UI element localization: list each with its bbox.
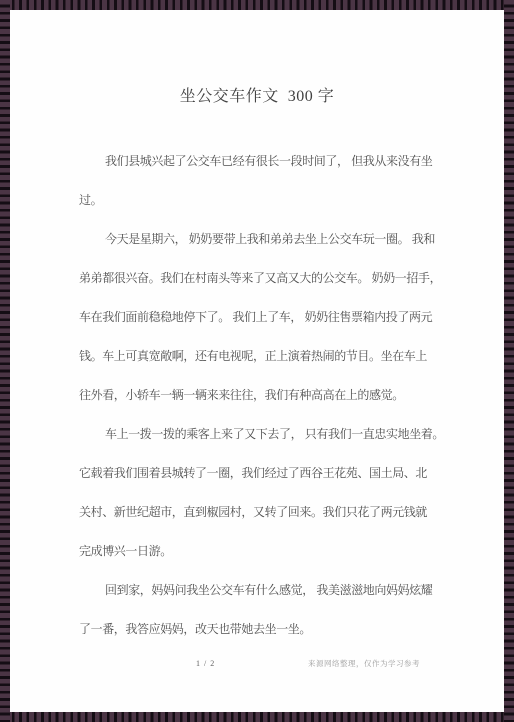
text-line: 车在我们面前稳稳地停下了。 我们上了车， 奶奶往售票箱内投了两元: [79, 298, 435, 337]
text-line: 过。: [79, 181, 435, 220]
text-line: 我们县城兴起了公交车已经有很长一段时间了， 但我从来没有坐: [79, 142, 435, 181]
text-line: 往外看，小轿车一辆一辆来来往往，我们有种高高在上的感觉。: [79, 376, 435, 415]
frame-border-right: [504, 0, 514, 722]
text-line: 回到家，妈妈问我坐公交车有什么感觉， 我美滋滋地向妈妈炫耀: [79, 571, 435, 610]
document-page: 坐公交车作文 300 字 我们县城兴起了公交车已经有很长一段时间了， 但我从来没…: [0, 0, 514, 722]
text-line: 它载着我们围着县城转了一圈，我们经过了西谷王花苑、国土局、北: [79, 454, 435, 493]
page-footer: 1 / 2 来源网络整理，仅作为学习参考: [0, 656, 514, 672]
text-line: 今天是星期六， 奶奶要带上我和弟弟去坐上公交车玩一圈。 我和: [79, 220, 435, 259]
document-body: 我们县城兴起了公交车已经有很长一段时间了， 但我从来没有坐 过。 今天是星期六，…: [79, 142, 435, 649]
text-line: 钱。车上可真宽敞啊，还有电视呢，正上演着热闹的节目。坐在车上: [79, 337, 435, 376]
frame-border-bottom: [0, 712, 514, 722]
document-title: 坐公交车作文 300 字: [0, 84, 514, 110]
text-line: 完成博兴一日游。: [79, 532, 435, 571]
source-note: 来源网络整理，仅作为学习参考: [308, 656, 420, 672]
text-line: 了一番，我答应妈妈，改天也带她去坐一坐。: [79, 610, 435, 649]
text-line: 弟弟都很兴奋。我们在村南头等来了又高又大的公交车。 奶奶一招手，: [79, 259, 435, 298]
text-line: 关村、新世纪超市，直到椒园村，又转了回来。我们只花了两元钱就: [79, 493, 435, 532]
frame-border-left: [0, 0, 10, 722]
text-line: 车上一拨一拨的乘客上来了又下去了， 只有我们一直忠实地坐着。: [79, 415, 435, 454]
page-number: 1 / 2: [196, 656, 215, 672]
frame-border-top: [0, 0, 514, 10]
